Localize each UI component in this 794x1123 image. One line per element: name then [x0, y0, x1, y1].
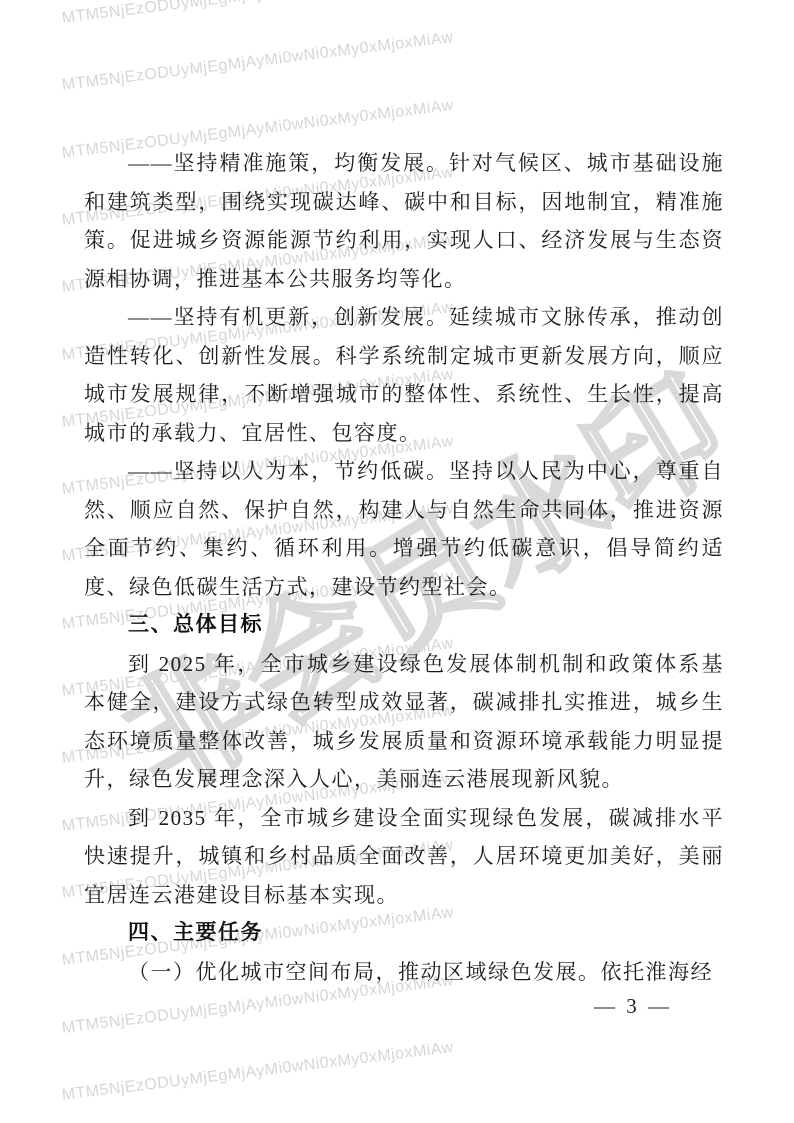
- section-heading-overall-goals: 三、总体目标: [84, 606, 724, 645]
- paragraph-lead: ——坚持精准施策，均衡发展。: [128, 151, 449, 175]
- watermark-tile: MTM5NjEzODUyMjEgMjAyMi0wNi0xMy0xMjoxMiAw: [61, 1039, 455, 1105]
- section-heading-main-tasks: 四、主要任务: [84, 914, 724, 953]
- paragraph-principle-precise-policy: ——坚持精准施策，均衡发展。针对气候区、城市基础设施和建筑类型，围绕实现碳达峰、…: [84, 144, 724, 298]
- paragraph-lead: ——坚持以人为本，节约低碳。: [128, 459, 449, 483]
- document-page: { "watermark": { "tile_text": "MTM5NjEzO…: [0, 0, 794, 1123]
- paragraph-goal-2025: 到 2025 年，全市城乡建设绿色发展体制机制和政策体系基本健全，建设方式绿色转…: [84, 645, 724, 799]
- watermark-tile: MTM5NjEzODUyMjEgMjAyMi0wNi0xMy0xMjoxMiAw: [61, 0, 455, 28]
- paragraph-task-one: （一）优化城市空间布局，推动区域绿色发展。依托淮海经: [84, 953, 724, 992]
- paragraph-principle-organic-renewal: ——坚持有机更新，创新发展。延续城市文脉传承，推动创造性转化、创新性发展。科学系…: [84, 298, 724, 452]
- document-body: ——坚持精准施策，均衡发展。针对气候区、城市基础设施和建筑类型，围绕实现碳达峰、…: [84, 144, 724, 991]
- paragraph-lead: （一）优化城市空间布局，推动区域绿色发展。: [128, 960, 601, 984]
- page-number: — 3 —: [594, 994, 672, 1019]
- paragraph-text: 依托淮海经: [601, 960, 714, 984]
- paragraph-principle-people-first: ——坚持以人为本，节约低碳。坚持以人民为中心，尊重自然、顺应自然、保护自然，构建…: [84, 452, 724, 606]
- paragraph-lead: ——坚持有机更新，创新发展。: [128, 305, 449, 329]
- watermark-tile: MTM5NjEzODUyMjEgMjAyMi0wNi0xMy0xMjoxMiAw: [61, 29, 455, 95]
- paragraph-goal-2035: 到 2035 年，全市城乡建设全面实现绿色发展，碳减排水平快速提升，城镇和乡村品…: [84, 799, 724, 915]
